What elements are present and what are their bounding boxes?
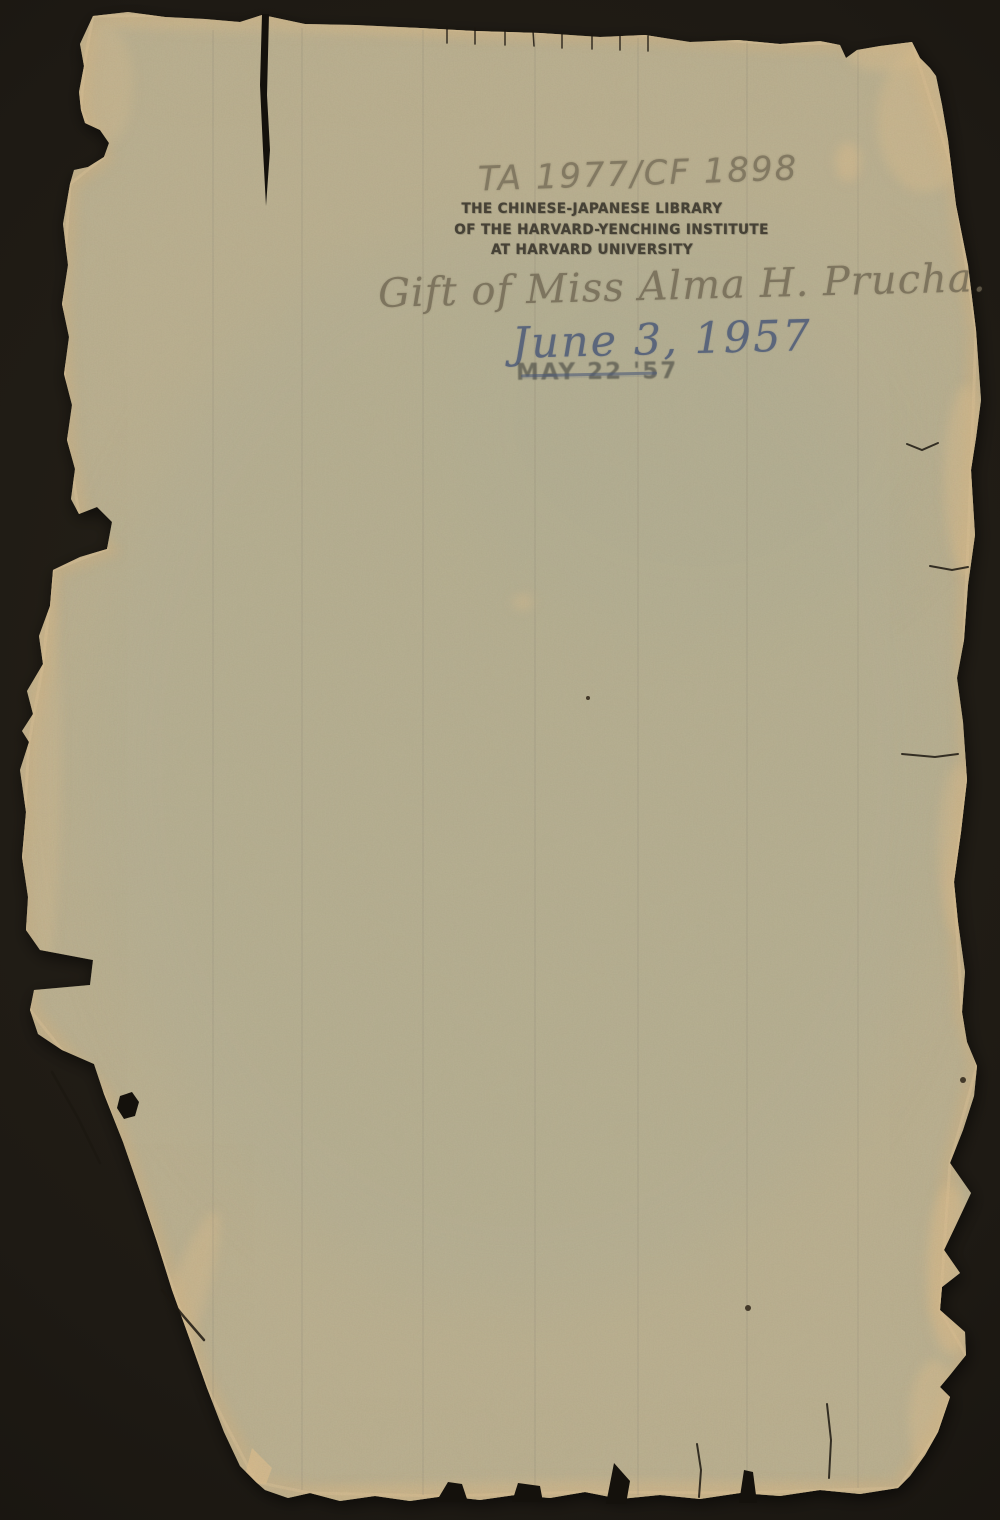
scan-background: TA 1977/CF 1898 THE CHINESE-JAPANESE LIB… (0, 0, 1000, 1520)
library-stamp-line-2: OF THE HARVARD-YENCHING INSTITUTE (454, 220, 729, 241)
gift-inscription: Gift of Miss Alma H. Prucha. (378, 255, 987, 317)
library-stamp-line-1: THE CHINESE-JAPANESE LIBRARY (454, 199, 729, 220)
inscriptions-layer: TA 1977/CF 1898 THE CHINESE-JAPANESE LIB… (0, 0, 1000, 1520)
call-number-pencil: TA 1977/CF 1898 (477, 148, 799, 199)
library-stamp-line-3: AT HARVARD UNIVERSITY (454, 240, 729, 261)
library-stamp: THE CHINESE-JAPANESE LIBRARY OF THE HARV… (454, 199, 729, 261)
